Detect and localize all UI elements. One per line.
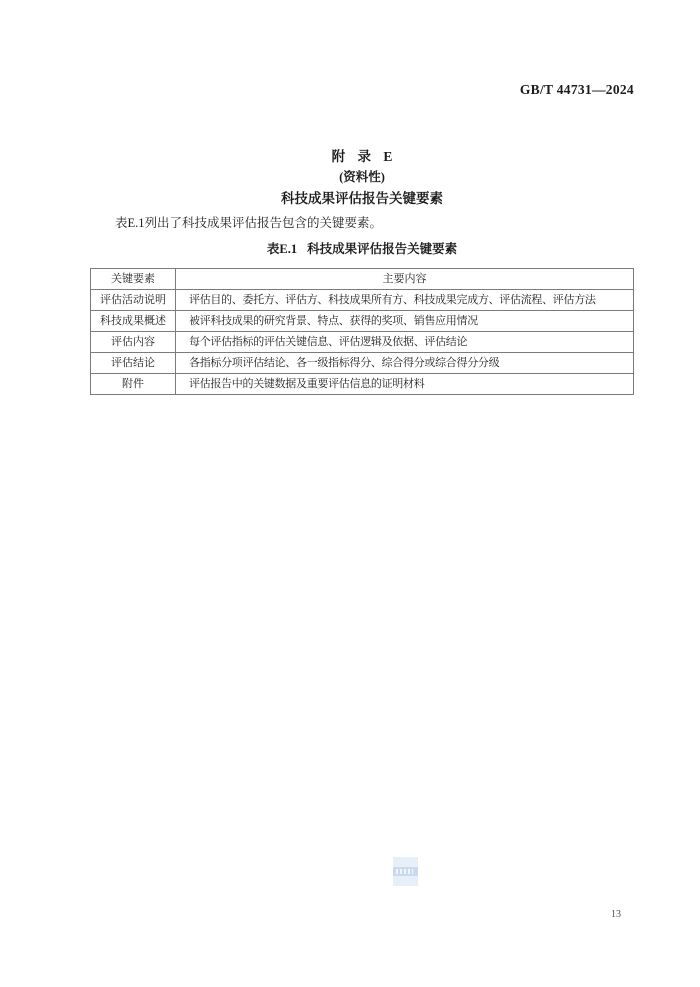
row-key-element: 评估活动说明 xyxy=(91,290,176,311)
table-caption: 表E.1科技成果评估报告关键要素 xyxy=(90,239,634,257)
watermark-stamp-band xyxy=(393,867,418,876)
column-header-key-element: 关键要素 xyxy=(91,269,176,290)
table-row: 附件 评估报告中的关键数据及重要评估信息的证明材料 xyxy=(91,374,634,395)
appendix-title: 附 录 E xyxy=(90,145,634,165)
watermark-stamp xyxy=(393,857,418,886)
table-row: 评估结论 各指标分项评估结论、各一级指标得分、综合得分或综合得分分级 xyxy=(91,353,634,374)
table-caption-title: 科技成果评估报告关键要素 xyxy=(307,242,457,256)
row-main-content: 评估目的、委托方、评估方、科技成果所有方、科技成果完成方、评估流程、评估方法 xyxy=(176,290,634,311)
column-header-main-content: 主要内容 xyxy=(176,269,634,290)
row-main-content: 各指标分项评估结论、各一级指标得分、综合得分或综合得分分级 xyxy=(176,353,634,374)
table-header-row: 关键要素 主要内容 xyxy=(91,269,634,290)
appendix-heading: 科技成果评估报告关键要素 xyxy=(90,187,634,207)
table-row: 评估内容 每个评估指标的评估关键信息、评估逻辑及依据、评估结论 xyxy=(91,332,634,353)
key-elements-table: 关键要素 主要内容 评估活动说明 评估目的、委托方、评估方、科技成果所有方、科技… xyxy=(90,268,634,395)
row-key-element: 评估结论 xyxy=(91,353,176,374)
document-page: GB/T 44731—2024 附 录 E (资料性) 科技成果评估报告关键要素… xyxy=(0,0,700,987)
intro-paragraph: 表E.1列出了科技成果评估报告包含的关键要素。 xyxy=(90,215,634,231)
row-main-content: 每个评估指标的评估关键信息、评估逻辑及依据、评估结论 xyxy=(176,332,634,353)
table-row: 科技成果概述 被评科技成果的研究背景、特点、获得的奖项、销售应用情况 xyxy=(91,311,634,332)
appendix-subtitle: (资料性) xyxy=(90,167,634,185)
table-row: 评估活动说明 评估目的、委托方、评估方、科技成果所有方、科技成果完成方、评估流程… xyxy=(91,290,634,311)
page-number: 13 xyxy=(606,909,626,920)
standard-code: GB/T 44731—2024 xyxy=(520,82,634,98)
row-main-content: 被评科技成果的研究背景、特点、获得的奖项、销售应用情况 xyxy=(176,311,634,332)
table-caption-label: 表E.1 xyxy=(267,242,297,256)
row-main-content: 评估报告中的关键数据及重要评估信息的证明材料 xyxy=(176,374,634,395)
row-key-element: 附件 xyxy=(91,374,176,395)
row-key-element: 评估内容 xyxy=(91,332,176,353)
row-key-element: 科技成果概述 xyxy=(91,311,176,332)
